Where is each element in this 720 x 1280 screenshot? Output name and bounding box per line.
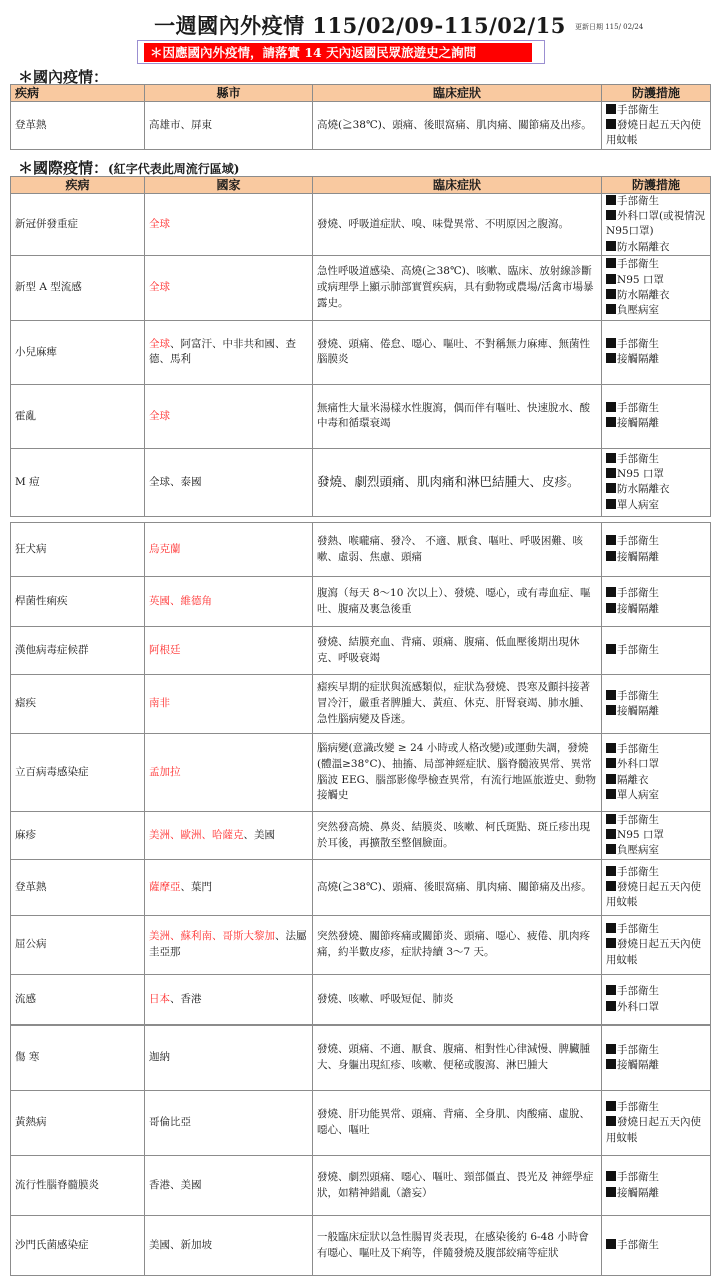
country-cell: 美洲、蘇利南、哥斯大黎加、法屬圭亞那 — [145, 916, 313, 975]
col-symptoms: 臨床症狀 — [313, 177, 602, 194]
measures-cell: 手部衛生外科口罩(或視情況 N95口罩)防水隔離衣 — [602, 194, 711, 256]
measure-item: 發燒日起五天內使用蚊帳 — [606, 880, 706, 910]
checkbox-square-icon — [606, 1171, 616, 1181]
international-section-title: ＊國際疫情：(紅字代表此周流行區域) — [18, 157, 239, 178]
disease-cell: 黃熱病 — [11, 1091, 145, 1156]
highlight-country: 全球 — [149, 338, 170, 350]
checkbox-square-icon — [606, 210, 616, 220]
disease-cell: 瘧疾 — [11, 675, 145, 734]
measure-item: 手部衛生 — [606, 401, 706, 416]
measure-item: 防水隔離衣 — [606, 240, 706, 255]
col-symptoms: 臨床症狀 — [313, 85, 602, 102]
measure-item: 手部衛生 — [606, 1170, 706, 1185]
checkbox-square-icon — [606, 603, 616, 613]
measure-item: 手部衛生 — [606, 984, 706, 999]
symptoms-cell: 發燒、劇烈頭痛、肌肉痛和淋巴結腫大、皮疹。 — [313, 448, 602, 516]
measure-item: 手部衛生 — [606, 689, 706, 704]
checkbox-square-icon — [606, 743, 616, 753]
measures-cell: 手部衛生接觸隔離 — [602, 523, 711, 577]
symptoms-cell: 發熱、喉嚨痛、發冷、 不適、厭食、嘔吐、呼吸困難、咳嗽、虛弱、焦慮、頭痛 — [313, 523, 602, 577]
measure-item: 手部衛生 — [606, 257, 706, 272]
highlight-country: 美洲、歐洲、哈薩克 — [149, 829, 244, 841]
measure-item: 防水隔離衣 — [606, 288, 706, 303]
country-cell: 南非 — [145, 675, 313, 734]
highlight-country: 孟加拉 — [149, 766, 181, 778]
measure-item: 外科口罩(或視情況 N95口罩) — [606, 209, 706, 239]
notice-banner: ＊因應國內外疫情，請落實 14 天內返國民眾旅遊史之詢問 — [144, 43, 532, 62]
measures-cell: 手部衛生外科口罩隔離衣單人病室 — [602, 734, 711, 812]
measure-item: 發燒日起五天內使用蚊帳 — [606, 1115, 706, 1145]
checkbox-square-icon — [606, 587, 616, 597]
country-cell: 英國、維德角 — [145, 577, 313, 627]
measures-cell: 手部衛生接觸隔離 — [602, 1026, 711, 1091]
checkbox-square-icon — [606, 274, 616, 284]
measures-cell: 手部衛生接觸隔離 — [602, 675, 711, 734]
checkbox-square-icon — [606, 551, 616, 561]
measure-item: 手部衛生 — [606, 534, 706, 549]
disease-cell: 立百病毒感染症 — [11, 734, 145, 812]
measure-item: 外科口罩 — [606, 1000, 706, 1015]
disease-cell: 登革熱 — [11, 102, 145, 150]
measure-item: 接觸隔離 — [606, 1058, 706, 1073]
checkbox-square-icon — [606, 844, 616, 854]
symptoms-cell: 發燒、頭痛、不適、厭食、腹痛、相對性心律減慢、脾臟腫大、身軀出現紅疹、咳嗽、便秘… — [313, 1026, 602, 1091]
table-row: 登革熱薩摩亞、葉門高燒(≧38℃)、頭痛、後眼窩痛、肌肉痛、關節痛及出疹。手部衛… — [11, 860, 711, 916]
measure-item: 手部衛生 — [606, 865, 706, 880]
disease-cell: 沙門氏菌感染症 — [11, 1216, 145, 1276]
checkbox-square-icon — [606, 289, 616, 299]
table-row: 麻疹美洲、歐洲、哈薩克、美國突然發高燒、鼻炎、結膜炎、咳嗽、柯氏斑點、斑丘疹出現… — [11, 812, 711, 860]
disease-cell: 屈公病 — [11, 916, 145, 975]
symptoms-cell: 無痛性大量米湯樣水性腹瀉，偶而伴有嘔吐、快速脫水、酸中毒和循環衰竭 — [313, 384, 602, 448]
measures-cell: 手部衛生發燒日起五天內使用蚊帳 — [602, 916, 711, 975]
disease-cell: 小兒麻痺 — [11, 320, 145, 384]
table-row: 黃熱病哥倫比亞發燒、肝功能異常、頭痛、背痛、全身肌、肉酸痛、虛脫、噁心、嘔吐手部… — [11, 1091, 711, 1156]
disease-cell: M 痘 — [11, 448, 145, 516]
table-row: 沙門氏菌感染症美國、新加坡一般臨床症狀以急性腸胃炎表現，在感染後約 6-48 小… — [11, 1216, 711, 1276]
highlight-country: 全球 — [149, 410, 170, 422]
measure-item: 接觸隔離 — [606, 416, 706, 431]
checkbox-square-icon — [606, 758, 616, 768]
checkbox-square-icon — [606, 1059, 616, 1069]
country-cell: 美國、新加坡 — [145, 1216, 313, 1276]
measure-item: 接觸隔離 — [606, 704, 706, 719]
checkbox-square-icon — [606, 453, 616, 463]
table-row: 霍亂全球無痛性大量米湯樣水性腹瀉，偶而伴有嘔吐、快速脫水、酸中毒和循環衰竭手部衛… — [11, 384, 711, 448]
disease-cell: 霍亂 — [11, 384, 145, 448]
country-text: 香港、美國 — [149, 1179, 202, 1191]
country-cell: 日本、香港 — [145, 975, 313, 1025]
measure-item: 接觸隔離 — [606, 1186, 706, 1201]
checkbox-square-icon — [606, 814, 616, 824]
measures-cell: 手部衛生接觸隔離 — [602, 1156, 711, 1216]
checkbox-square-icon — [606, 705, 616, 715]
checkbox-square-icon — [606, 774, 616, 784]
section-note: (紅字代表此周流行區域) — [108, 162, 239, 176]
measure-item: 手部衛生 — [606, 337, 706, 352]
measure-item: 手部衛生 — [606, 452, 706, 467]
table-row: M 痘全球、泰國發燒、劇烈頭痛、肌肉痛和淋巴結腫大、皮疹。手部衛生N95 口罩防… — [11, 448, 711, 516]
checkbox-square-icon — [606, 402, 616, 412]
col-measures: 防護措施 — [602, 177, 711, 194]
col-city: 縣市 — [145, 85, 313, 102]
checkbox-square-icon — [606, 829, 616, 839]
measures-cell: 手部衛生發燒日起五天內使用蚊帳 — [602, 860, 711, 916]
table-row: 新型 A 型流感全球急性呼吸道感染、高燒(≧38℃)、咳嗽、臨床、放射線診斷或病… — [11, 255, 711, 320]
highlight-country: 英國、維德角 — [149, 595, 212, 607]
disease-cell: 漢他病毒症候群 — [11, 627, 145, 675]
country-cell: 全球 — [145, 194, 313, 256]
checkbox-square-icon — [606, 789, 616, 799]
disease-cell: 傷 寒 — [11, 1026, 145, 1091]
symptoms-cell: 發燒、呼吸道症狀、嗅、味覺異常、不明原因之腹瀉。 — [313, 194, 602, 256]
country-text: 、葉門 — [181, 881, 213, 893]
table-row: 流行性腦脊髓膜炎香港、美國發燒、劇烈頭痛、噁心、嘔吐、頸部僵直、畏光及 神經學症… — [11, 1156, 711, 1216]
measure-item: 防水隔離衣 — [606, 482, 706, 497]
symptoms-cell: 一般臨床症狀以急性腸胃炎表現，在感染後約 6-48 小時會有噁心、嘔吐及下痢等，… — [313, 1216, 602, 1276]
highlight-country: 南非 — [149, 697, 170, 709]
measure-item: 外科口罩 — [606, 757, 706, 772]
measure-item: 手部衛生 — [606, 103, 706, 118]
measures-cell: 手部衛生外科口罩 — [602, 975, 711, 1025]
checkbox-square-icon — [606, 104, 616, 114]
country-cell: 香港、美國 — [145, 1156, 313, 1216]
table-row: 登革熱 高雄市、屏東 高燒(≧38℃)、頭痛、後眼窩痛、肌肉痛、關節痛及出疹。 … — [11, 102, 711, 150]
measure-item: 手部衛生 — [606, 813, 706, 828]
highlight-country: 阿根廷 — [149, 644, 181, 656]
country-cell: 全球 — [145, 255, 313, 320]
checkbox-square-icon — [606, 338, 616, 348]
symptoms-cell: 急性呼吸道感染、高燒(≧38℃)、咳嗽、臨床、放射線診斷或病理學上顯示肺部實質疾… — [313, 255, 602, 320]
country-cell: 全球、泰國 — [145, 448, 313, 516]
symptoms-cell: 腹瀉（每天 8～10 次以上）、發燒、噁心，或有毒血症、嘔吐、腹痛及裏急後重 — [313, 577, 602, 627]
checkbox-square-icon — [606, 1116, 616, 1126]
symptoms-cell: 發燒、結膜充血、背痛、頭痛、腹痛、低血壓後期出現休克、呼吸衰竭 — [313, 627, 602, 675]
checkbox-square-icon — [606, 353, 616, 363]
table-row: 桿菌性痢疾英國、維德角腹瀉（每天 8～10 次以上）、發燒、噁心，或有毒血症、嘔… — [11, 577, 711, 627]
highlight-country: 日本 — [149, 993, 170, 1005]
measure-item: 單人病室 — [606, 498, 706, 513]
measures-cell: 手部衛生 發燒日起五天內使用蚊帳 — [602, 102, 711, 150]
table-row: 小兒麻痺全球、阿富汗、中非共和國、查德、馬利發燒、頭痛、倦怠、噁心、嘔吐、不對稱… — [11, 320, 711, 384]
highlight-country: 薩摩亞 — [149, 881, 181, 893]
country-text: 、香港 — [170, 993, 202, 1005]
country-cell: 迦納 — [145, 1026, 313, 1091]
disease-cell: 流行性腦脊髓膜炎 — [11, 1156, 145, 1216]
checkbox-square-icon — [606, 499, 616, 509]
measure-item: 手部衛生 — [606, 1100, 706, 1115]
symptoms-cell: 突然發燒、關節疼痛或關節炎、頭痛、噁心、疲倦、肌肉疼痛，約半數皮疹，症狀持續 3… — [313, 916, 602, 975]
checkbox-square-icon — [606, 241, 616, 251]
checkbox-square-icon — [606, 938, 616, 948]
country-text: 美國、新加坡 — [149, 1239, 212, 1251]
disease-cell: 新冠併發重症 — [11, 194, 145, 256]
measure-item: 接觸隔離 — [606, 550, 706, 565]
checkbox-square-icon — [606, 195, 616, 205]
table-row: 傷 寒迦納發燒、頭痛、不適、厭食、腹痛、相對性心律減慢、脾臟腫大、身軀出現紅疹、… — [11, 1026, 711, 1091]
measure-item: 手部衛生 — [606, 586, 706, 601]
domestic-table: 疾病 縣市 臨床症狀 防護措施 登革熱 高雄市、屏東 高燒(≧38℃)、頭痛、後… — [10, 84, 711, 150]
country-cell: 烏克蘭 — [145, 523, 313, 577]
country-text: 哥倫比亞 — [149, 1116, 191, 1128]
symptoms-cell: 高燒(≧38℃)、頭痛、後眼窩痛、肌肉痛、關節痛及出疹。 — [313, 860, 602, 916]
measure-item: 接觸隔離 — [606, 352, 706, 367]
symptoms-cell: 發燒、劇烈頭痛、噁心、嘔吐、頸部僵直、畏光及 神經學症狀，如精神錯亂（譫妄） — [313, 1156, 602, 1216]
measure-item: 手部衛生 — [606, 922, 706, 937]
location-cell: 高雄市、屏東 — [145, 102, 313, 150]
table-row: 新冠併發重症全球發燒、呼吸道症狀、嗅、味覺異常、不明原因之腹瀉。手部衛生外科口罩… — [11, 194, 711, 256]
disease-cell: 狂犬病 — [11, 523, 145, 577]
disease-cell: 登革熱 — [11, 860, 145, 916]
measure-item: 負壓病室 — [606, 303, 706, 318]
measure-item: 手部衛生 — [606, 1238, 706, 1253]
table-row: 狂犬病烏克蘭發熱、喉嚨痛、發冷、 不適、厭食、嘔吐、呼吸困難、咳嗽、虛弱、焦慮、… — [11, 523, 711, 577]
international-table-1: 疾病 國家 臨床症狀 防護措施 新冠併發重症全球發燒、呼吸道症狀、嗅、味覺異常、… — [10, 176, 711, 517]
symptoms-cell: 發燒、頭痛、倦怠、噁心、嘔吐、不對稱無力麻痺、無菌性腦膜炎 — [313, 320, 602, 384]
checkbox-square-icon — [606, 468, 616, 478]
checkbox-square-icon — [606, 1239, 616, 1249]
checkbox-square-icon — [606, 417, 616, 427]
highlight-country: 全球 — [149, 281, 170, 293]
measure-item: N95 口罩 — [606, 273, 706, 288]
measure-item: 隔離衣 — [606, 773, 706, 788]
checkbox-square-icon — [606, 985, 616, 995]
measure-item: 手部衛生 — [606, 742, 706, 757]
checkbox-square-icon — [606, 535, 616, 545]
highlight-country: 美洲、蘇利南、哥斯大黎加 — [149, 930, 275, 942]
country-text: 、美國 — [244, 829, 276, 841]
measure-item: N95 口罩 — [606, 828, 706, 843]
checkbox-square-icon — [606, 1044, 616, 1054]
measure-item: 發燒日起五天內使用蚊帳 — [606, 937, 706, 967]
symptoms-cell: 高燒(≧38℃)、頭痛、後眼窩痛、肌肉痛、關節痛及出疹。 — [313, 102, 602, 150]
measure-item: 手部衛生 — [606, 1043, 706, 1058]
checkbox-square-icon — [606, 644, 616, 654]
measure-item: 接觸隔離 — [606, 602, 706, 617]
checkbox-square-icon — [606, 881, 616, 891]
measure-item: 手部衛生 — [606, 194, 706, 209]
symptoms-cell: 腦病變(意識改變 ≥ 24 小時或人格改變)或運動失調，發燒(體溫≥38°C)、… — [313, 734, 602, 812]
country-cell: 阿根廷 — [145, 627, 313, 675]
table-row: 立百病毒感染症孟加拉腦病變(意識改變 ≥ 24 小時或人格改變)或運動失調，發燒… — [11, 734, 711, 812]
table-row: 流感日本、香港發燒、咳嗽、呼吸短促、肺炎手部衛生外科口罩 — [11, 975, 711, 1025]
checkbox-square-icon — [606, 258, 616, 268]
disease-cell: 麻疹 — [11, 812, 145, 860]
country-text: 、阿富汗、中非共和國、查德、馬利 — [149, 338, 296, 366]
checkbox-square-icon — [606, 690, 616, 700]
measures-cell: 手部衛生N95 口罩防水隔離衣單人病室 — [602, 448, 711, 516]
measures-cell: 手部衛生 — [602, 627, 711, 675]
country-cell: 哥倫比亞 — [145, 1091, 313, 1156]
symptoms-cell: 瘧疾早期的症狀與流感類似，症狀為發燒、畏寒及顫抖接著冒冷汗，嚴重者脾腫大、黃疸、… — [313, 675, 602, 734]
checkbox-square-icon — [606, 483, 616, 493]
table-row: 漢他病毒症候群阿根廷發燒、結膜充血、背痛、頭痛、腹痛、低血壓後期出現休克、呼吸衰… — [11, 627, 711, 675]
highlight-country: 烏克蘭 — [149, 543, 181, 555]
checkbox-square-icon — [606, 1187, 616, 1197]
international-header-row: 疾病 國家 臨床症狀 防護措施 — [11, 177, 711, 194]
col-disease: 疾病 — [11, 177, 145, 194]
checkbox-square-icon — [606, 1101, 616, 1111]
measures-cell: 手部衛生接觸隔離 — [602, 384, 711, 448]
symptoms-cell: 發燒、肝功能異常、頭痛、背痛、全身肌、肉酸痛、虛脫、噁心、嘔吐 — [313, 1091, 602, 1156]
international-table-3: 傷 寒迦納發燒、頭痛、不適、厭食、腹痛、相對性心律減慢、脾臟腫大、身軀出現紅疹、… — [10, 1025, 711, 1276]
checkbox-square-icon — [606, 923, 616, 933]
measure-item: N95 口罩 — [606, 467, 706, 482]
measures-cell: 手部衛生 — [602, 1216, 711, 1276]
checkbox-square-icon — [606, 304, 616, 314]
country-cell: 薩摩亞、葉門 — [145, 860, 313, 916]
measure-item: 發燒日起五天內使用蚊帳 — [606, 118, 706, 148]
country-text: 全球、泰國 — [149, 476, 202, 488]
measures-cell: 手部衛生N95 口罩防水隔離衣負壓病室 — [602, 255, 711, 320]
checkbox-square-icon — [606, 119, 616, 129]
country-cell: 全球、阿富汗、中非共和國、查德、馬利 — [145, 320, 313, 384]
country-cell: 全球 — [145, 384, 313, 448]
symptoms-cell: 突然發高燒、鼻炎、結膜炎、咳嗽、柯氏斑點、斑丘疹出現於耳後，再擴散至整個臉面。 — [313, 812, 602, 860]
update-date: 更新日期 115/ 02/24 — [575, 22, 643, 32]
notice-banner-frame: ＊因應國內外疫情，請落實 14 天內返國民眾旅遊史之詢問 — [137, 40, 545, 64]
measures-cell: 手部衛生接觸隔離 — [602, 320, 711, 384]
highlight-country: 全球 — [149, 218, 170, 230]
col-country: 國家 — [145, 177, 313, 194]
country-cell: 孟加拉 — [145, 734, 313, 812]
measures-cell: 手部衛生接觸隔離 — [602, 577, 711, 627]
symptoms-cell: 發燒、咳嗽、呼吸短促、肺炎 — [313, 975, 602, 1025]
table-row: 瘧疾南非瘧疾早期的症狀與流感類似，症狀為發燒、畏寒及顫抖接著冒冷汗，嚴重者脾腫大… — [11, 675, 711, 734]
measure-item: 負壓病室 — [606, 843, 706, 858]
checkbox-square-icon — [606, 866, 616, 876]
international-table-2: 狂犬病烏克蘭發熱、喉嚨痛、發冷、 不適、厭食、嘔吐、呼吸困難、咳嗽、虛弱、焦慮、… — [10, 522, 711, 1025]
checkbox-square-icon — [606, 1001, 616, 1011]
disease-cell: 流感 — [11, 975, 145, 1025]
table-row: 屈公病美洲、蘇利南、哥斯大黎加、法屬圭亞那突然發燒、關節疼痛或關節炎、頭痛、噁心… — [11, 916, 711, 975]
disease-cell: 新型 A 型流感 — [11, 255, 145, 320]
measure-item: 單人病室 — [606, 788, 706, 803]
col-measures: 防護措施 — [602, 85, 711, 102]
country-text: 迦納 — [149, 1051, 170, 1063]
measures-cell: 手部衛生發燒日起五天內使用蚊帳 — [602, 1091, 711, 1156]
disease-cell: 桿菌性痢疾 — [11, 577, 145, 627]
domestic-header-row: 疾病 縣市 臨床症狀 防護措施 — [11, 85, 711, 102]
measure-item: 手部衛生 — [606, 643, 706, 658]
country-cell: 美洲、歐洲、哈薩克、美國 — [145, 812, 313, 860]
measures-cell: 手部衛生N95 口罩負壓病室 — [602, 812, 711, 860]
col-disease: 疾病 — [11, 85, 145, 102]
